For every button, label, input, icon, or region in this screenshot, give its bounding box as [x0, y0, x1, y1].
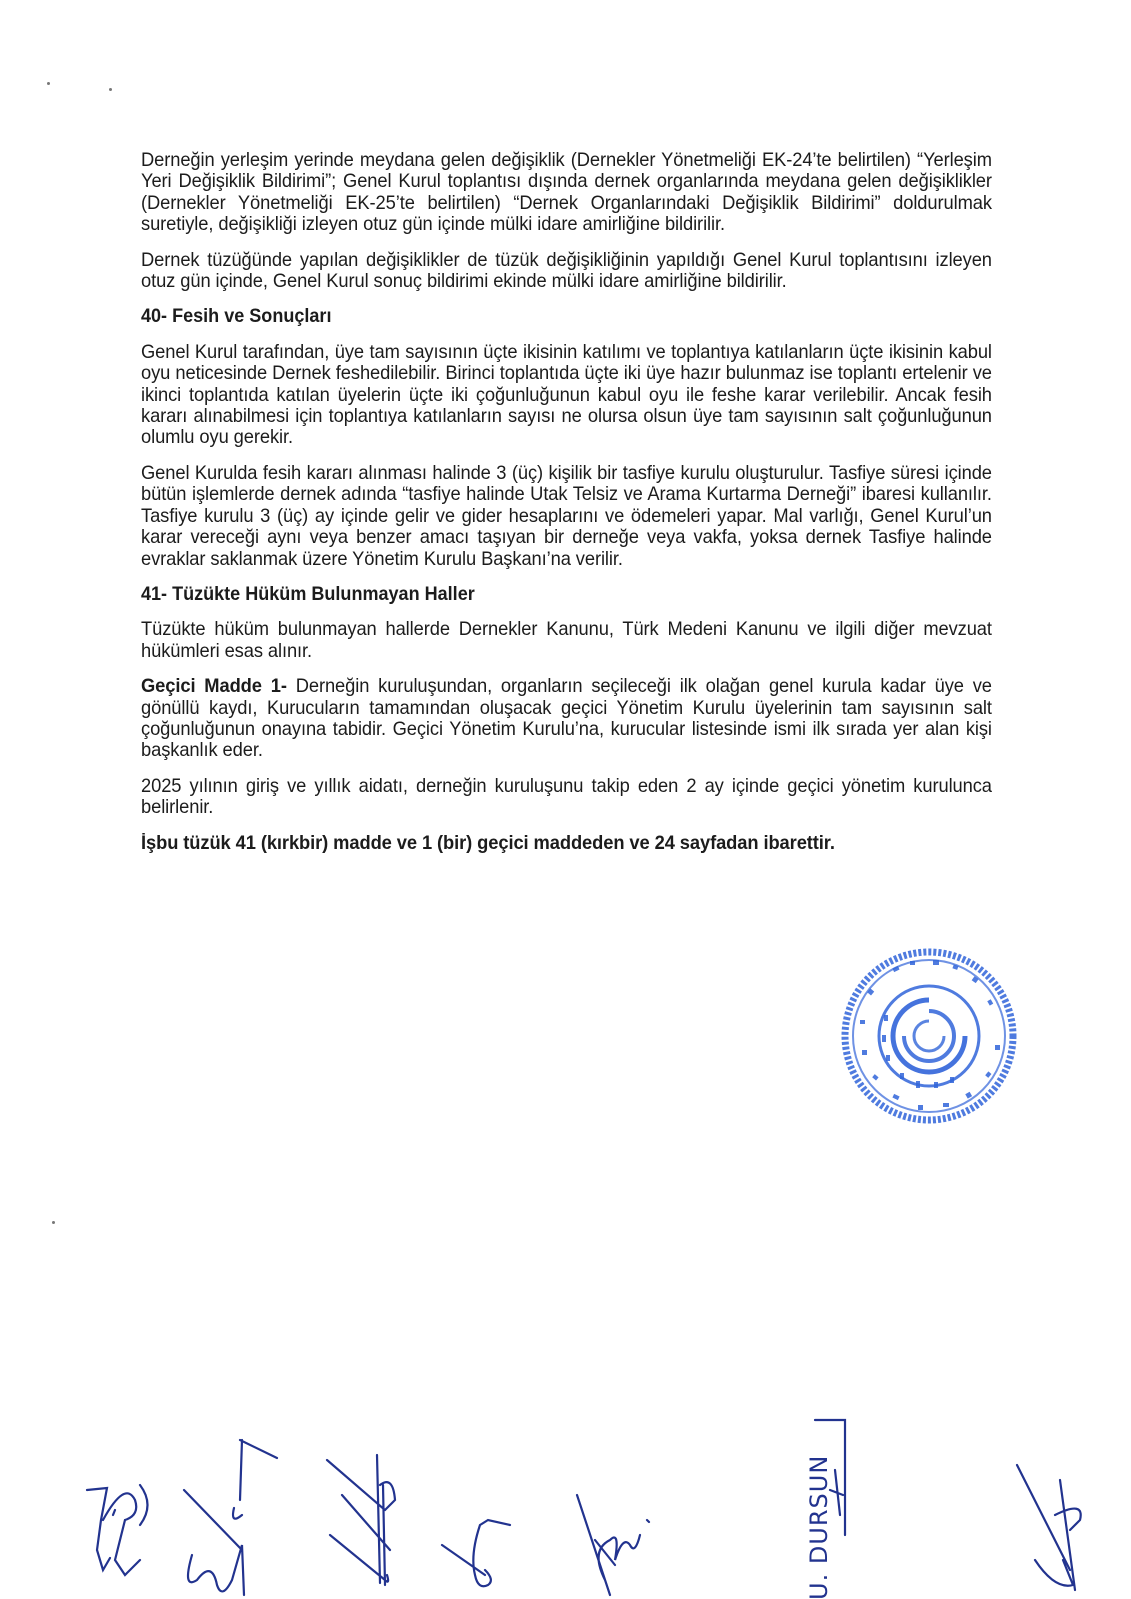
signature-1: [85, 1480, 165, 1590]
handwritten-name: U. DURSUN: [805, 1455, 833, 1599]
paragraph-temporary-article: Geçici Madde 1- Derneğin kuruluşundan, o…: [141, 676, 992, 762]
document-page: Derneğin yerleşim yerinde meydana gelen …: [141, 150, 992, 868]
signature-4: [440, 1515, 520, 1595]
signature-6-name: U. DURSUN: [805, 1415, 865, 1599]
temporary-article-label: Geçici Madde 1-: [141, 676, 287, 697]
paragraph-fees: 2025 yılının giriş ve yıllık aidatı, der…: [141, 776, 992, 819]
paragraph-liquidation: Genel Kurulda fesih kararı alınması hali…: [141, 463, 992, 570]
paragraph-address-change: Derneğin yerleşim yerinde meydana gelen …: [141, 150, 992, 236]
scan-speck: [52, 1221, 55, 1224]
signature-7: [1015, 1460, 1095, 1595]
paragraph-dissolution: Genel Kurul tarafından, üye tam sayısını…: [141, 342, 992, 449]
closing-statement: İşbu tüzük 41 (kırkbir) madde ve 1 (bir)…: [141, 833, 992, 854]
paragraph-unprovided-cases: Tüzükte hüküm bulunmayan hallerde Dernek…: [141, 619, 992, 662]
signature-2: [182, 1430, 282, 1599]
signature-3: [325, 1455, 405, 1590]
signature-row: U. DURSUN: [0, 1380, 1131, 1599]
signature-5: [575, 1490, 665, 1599]
scan-speck: [109, 88, 112, 91]
paragraph-statute-change: Dernek tüzüğünde yapılan değişiklikler d…: [141, 250, 992, 293]
official-seal-stamp-icon: [838, 945, 1020, 1127]
section-heading-41: 41- Tüzükte Hüküm Bulunmayan Haller: [141, 584, 941, 605]
section-heading-40: 40- Fesih ve Sonuçları: [141, 306, 941, 327]
scan-speck: [47, 82, 50, 85]
